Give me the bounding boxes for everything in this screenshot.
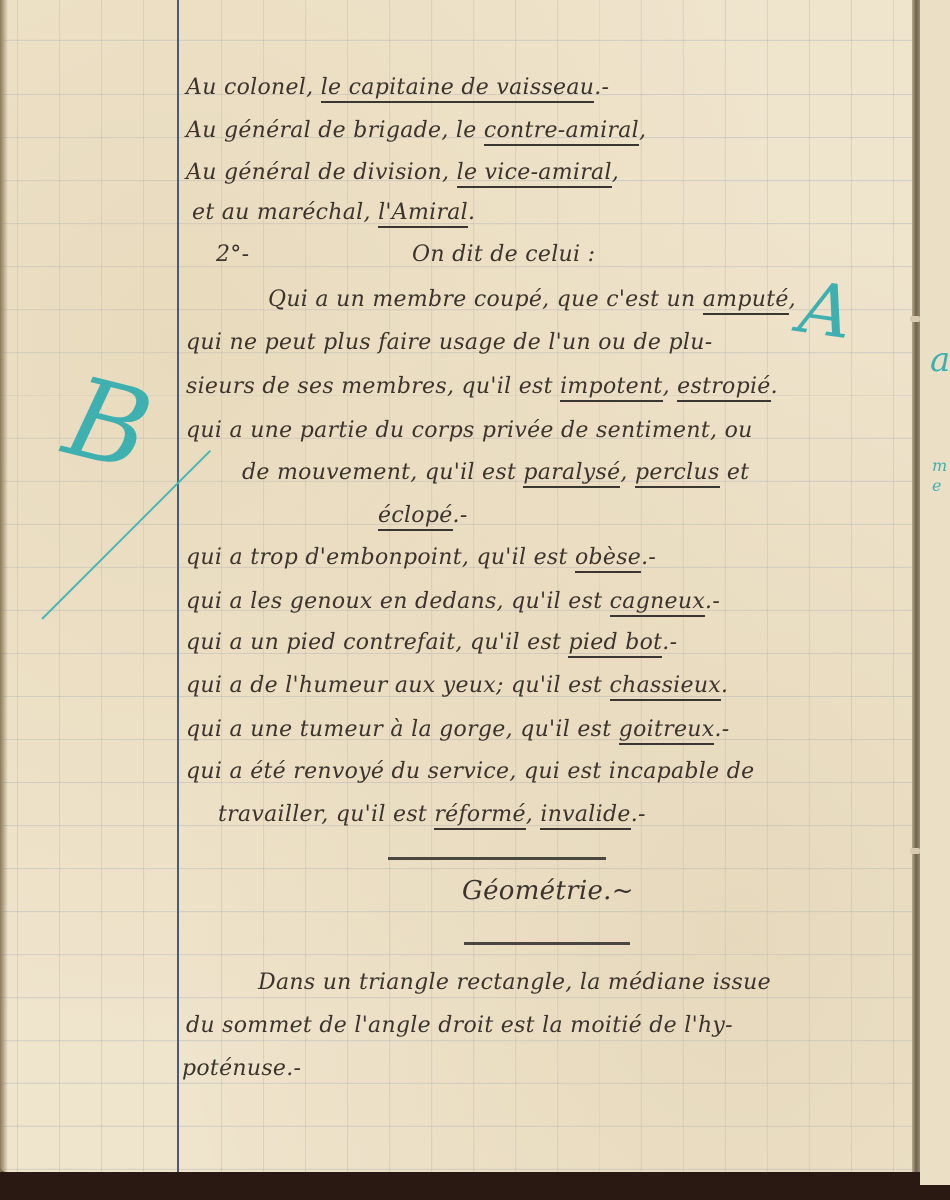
underlined-term: cagneux <box>610 589 705 617</box>
text-line: qui a de l'humeur aux yeux; qu'il est ch… <box>186 673 728 698</box>
text-line: qui a une tumeur à la gorge, qu'il est g… <box>186 717 729 742</box>
underlined-term: éclopé <box>378 503 453 531</box>
underlined-term: l'Amiral <box>378 200 468 228</box>
text-line: qui ne peut plus faire usage de l'un ou … <box>186 330 712 355</box>
text-line: qui a un pied contrefait, qu'il est pied… <box>186 630 677 655</box>
title-rule-bottom <box>464 942 630 945</box>
binding-stitch <box>910 316 920 322</box>
text-line: éclopé.- <box>378 503 468 528</box>
text-line: qui a une partie du corps privée de sent… <box>186 418 753 443</box>
text-line: travailler, qu'il est réformé, invalide.… <box>218 802 646 827</box>
page-edge-shadow <box>0 0 8 1172</box>
underlined-term: amputé <box>703 287 789 315</box>
binding-stitch <box>910 848 920 854</box>
section-number: 2°- <box>216 242 249 267</box>
underlined-term: perclus <box>635 460 720 488</box>
underlined-term: paralysé <box>523 460 620 488</box>
text-line: du sommet de l'angle droit est la moitié… <box>186 1013 733 1038</box>
underlined-term: pied bot <box>568 630 662 658</box>
text-line: sieurs de ses membres, qu'il est impoten… <box>186 374 778 399</box>
underlined-term: impotent <box>560 374 663 402</box>
underlined-term: invalide <box>540 802 630 830</box>
text-line: Au général de division, le vice-amiral, <box>186 160 619 185</box>
underlined-term: le capitaine de vaisseau <box>321 75 595 103</box>
next-page-mark: m <box>932 456 947 475</box>
underlined-term: contre-amiral <box>484 118 639 146</box>
text-line: Au général de brigade, le contre-amiral, <box>186 118 646 143</box>
text-line: poténuse.- <box>182 1056 301 1081</box>
next-page-mark: a <box>930 340 950 380</box>
subject-title: Géométrie.~ <box>462 876 634 906</box>
underlined-term: chassieux <box>610 673 722 701</box>
text-line: qui a les genoux en dedans, qu'il est ca… <box>186 589 720 614</box>
text-line: Qui a un membre coupé, que c'est un ampu… <box>268 287 796 312</box>
text-line: Dans un triangle rectangle, la médiane i… <box>258 970 771 995</box>
underlined-term: le vice-amiral <box>457 160 612 188</box>
title-rule-top <box>388 857 606 860</box>
underlined-term: obèse <box>575 545 641 573</box>
notebook-binding <box>912 0 920 1172</box>
underlined-term: réformé <box>434 802 525 830</box>
section-heading: On dit de celui : <box>412 242 595 267</box>
text-line: qui a trop d'embonpoint, qu'il est obèse… <box>186 545 656 570</box>
underlined-term: goitreux <box>619 717 715 745</box>
next-page-mark: e <box>932 476 941 495</box>
underlined-term: estropié <box>677 374 770 402</box>
text-line: qui a été renvoyé du service, qui est in… <box>186 759 754 784</box>
next-page-edge <box>920 0 950 1185</box>
text-line: Au colonel, le capitaine de vaisseau.- <box>186 75 609 100</box>
text-line: et au maréchal, l'Amiral. <box>192 200 475 225</box>
margin-line <box>177 0 179 1172</box>
text-line: de mouvement, qu'il est paralysé, perclu… <box>242 460 749 485</box>
